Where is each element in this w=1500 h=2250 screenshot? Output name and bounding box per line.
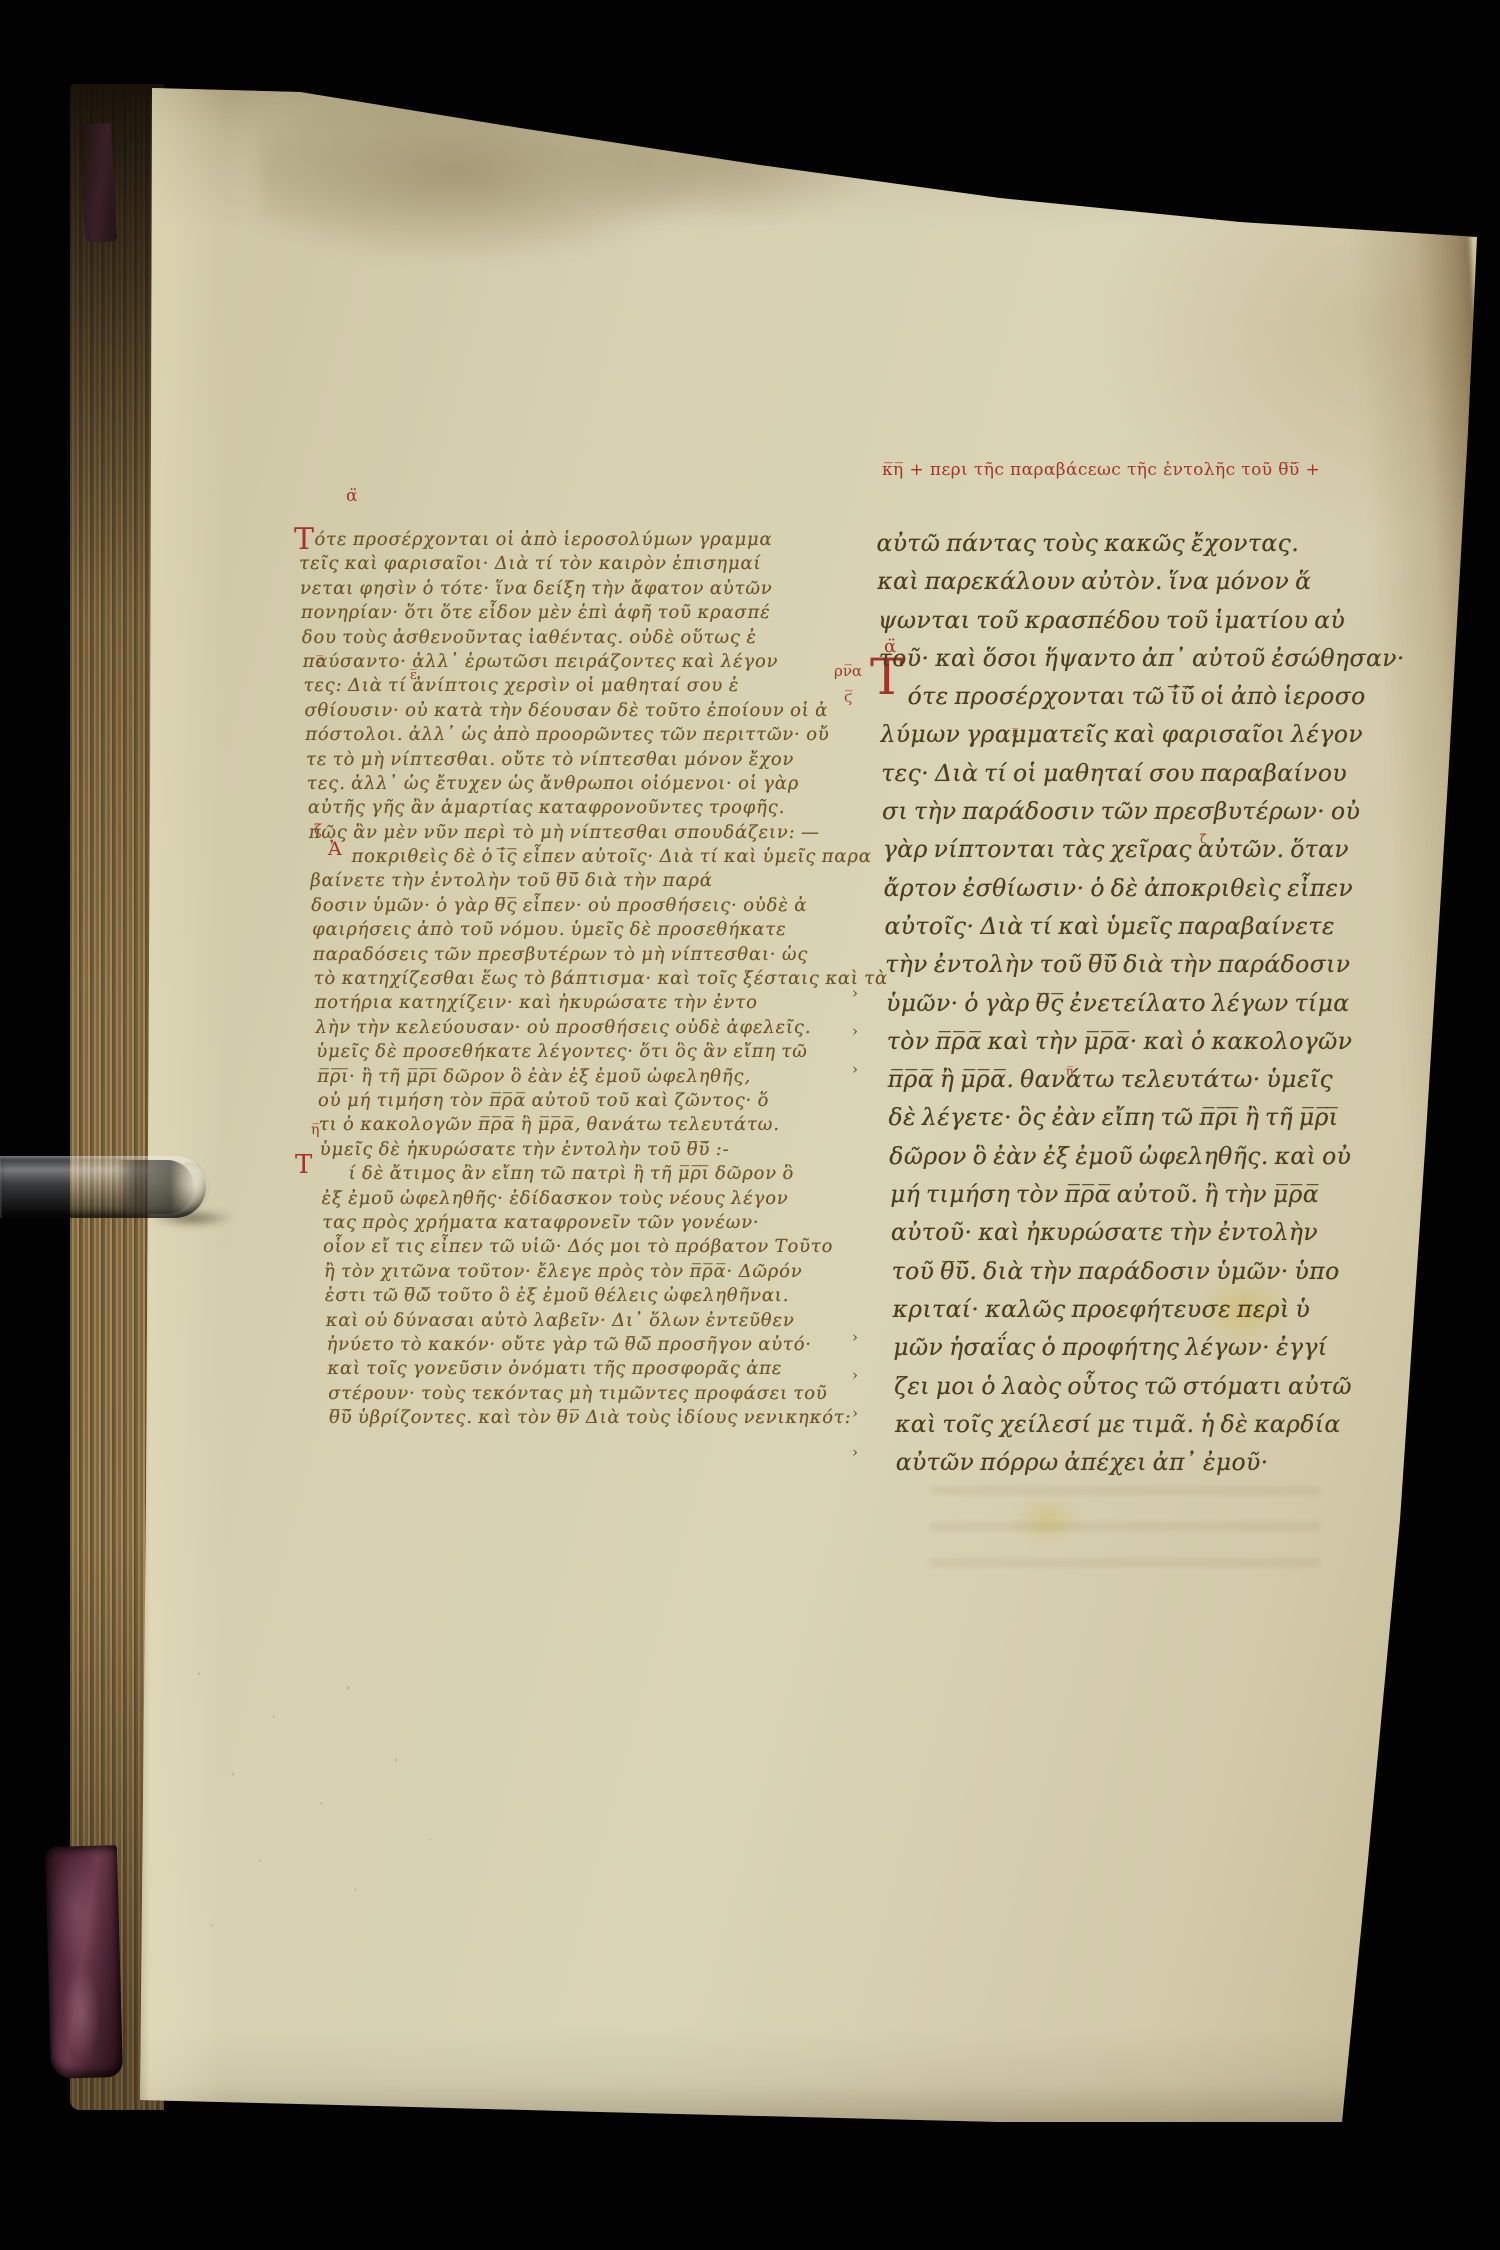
gospel-line: καὶ τοῖς χείλεσί με τιμᾶ. ἡ δὲ καρδία [894,1405,1415,1443]
parchment-speckles [158,1616,498,1976]
commentary-column: ότε προσέρχονται οἱ ἀπὸ ἱεροσολύμων γραμ… [298,528,900,1430]
binding-leather-bottom [45,1845,123,2079]
parchment-stain [260,88,700,258]
glass-rod-tip-highlight [170,1162,210,1212]
commentary-line: καὶ οὐ δύνασαι αὐτὸ λαβεῖν· Δι᾽ ὅλων ἐντ… [325,1309,896,1333]
photo-background: κ̅η̅ + περι τῆϲ παραβάϲεωϲ τῆϲ ἐντολῆϲ τ… [0,0,1500,2250]
gospel-line: μῶν ἡσαΐας ὁ προφήτης λέγων· ἐγγί [893,1328,1414,1366]
gospel-line: σι τὴν παράδοσιν τῶν πρεσβυτέρων· οὐ [882,792,1403,830]
commentary-line: τι ὁ κακολογῶν π̅ρ̅α̅ ἢ μ̅ρ̅α̅, θανάτω τ… [318,1113,889,1137]
gospel-line: αὐτοῦ· καὶ ἠκυρώσατε τὴν ἐντολὴν [890,1213,1411,1251]
commentary-line: τεῖς καὶ φαρισαῖοι· Διὰ τί τὸν καιρὸν ἐπ… [299,552,870,576]
commentary-line: θ̅ῦ̅ ὑβρίζοντες. καὶ τὸν θ̅ν̅ Διὰ τοὺς ἰ… [329,1406,900,1430]
manuscript-page: κ̅η̅ + περι τῆϲ παραβάϲεωϲ τῆϲ ἐντολῆϲ τ… [130,78,1490,2138]
commentary-section-number: α̈ [346,486,357,506]
commentary-line: πόστολοι. ἀλλ᾽ ὡς ἀπὸ προορῶντες τῶν περ… [305,723,876,747]
commentary-line: πονηρίαν· ὅτι ὅτε εἶδον μὲν ἐπὶ ἁφῆ τοῦ … [301,601,872,625]
gospel-line: καὶ παρεκάλουν αὐτὸν. ἵνα μόνον ἅ [877,562,1398,600]
gospel-line: ὑμῶν· ὁ γὰρ θ̅ς̅ ἐνετείλατο λέγων τίμα [886,984,1407,1022]
commentary-line: παραδόσεις τῶν πρεσβυτέρων τὸ μὴ νίπτεσθ… [312,943,883,967]
gospel-line: τὸν π̅ρ̅α̅ καὶ τὴν μ̅ρ̅α̅· καὶ ὁ κακολογ… [886,1022,1407,1060]
commentary-line: ποτήρια κατηχίζειν· καὶ ἠκυρώσατε τὴν ἐν… [314,991,885,1015]
commentary-line: ὑμεῖς δὲ ἠκυρώσατε τὴν ἐντολὴν τοῦ θ̅ῦ̅ … [319,1138,890,1162]
commentary-line: τε τὸ μὴ νίπτεσθαι. οὔτε τὸ νίπτεσθαι μό… [306,748,877,772]
gospel-line: ἄρτον ἐσθίωσιν· ὁ δὲ ἀποκριθεὶς εἶπεν [883,869,1404,907]
binding-leather-top-sliver [79,123,117,243]
gospel-line: τες· Διὰ τί οἱ μαθηταί σου παραβαίνου [881,754,1402,792]
diple-mark: › [852,1443,866,1461]
commentary-line: οἷον εἴ τις εἶπεν τῶ υἱῶ· Δός μοι τὸ πρό… [323,1235,894,1259]
commentary-line: δου τοὺς ἀσθενοῦντας ἰαθέντας. οὐδὲ οὕτω… [301,626,872,650]
commentary-line: αὐτῆς γῆς ἂν ἁμαρτίας καταφρονοῦντες τρο… [307,796,878,820]
commentary-line: νεται φησὶν ὁ τότε· ἵνα δείξη τὴν ἄφατον… [300,577,871,601]
chapter-title: + περι τῆϲ παραβάϲεωϲ τῆϲ ἐντολῆϲ τοῦ θ̅… [909,460,1320,480]
gospel-line: ζει μοι ὁ λαὸς οὗτος τῶ στόματι αὐτῶ [894,1367,1415,1405]
commentary-line: ἐξ ἐμοῦ ὠφεληθῆς· ἐδίδασκον τοὺς νέους λ… [321,1187,892,1211]
gospel-line: τοῦ θ̅ῦ̅. διὰ τὴν παράδοσιν ὑμῶν· ὑπο [891,1252,1412,1290]
gospel-line: μή τιμήση τὸν π̅ρ̅α̅ αὐτοῦ. ἢ τὴν μ̅ρ̅α̅ [890,1175,1411,1213]
ink-show-through [930,1486,1320,1572]
commentary-line: οὐ μή τιμήση τὸν π̅ρ̅α̅ αὐτοῦ τοῦ καὶ ζῶ… [318,1089,889,1113]
commentary-line: ὑμεῖς δὲ προσεθήκατε λέγοντες· ὅτι ὃς ἂν… [316,1040,887,1064]
commentary-line: ί δὲ ἄτιμος ἂν εἴπη τῶ πατρὶ ἢ τῆ μ̅ρ̅ι̅… [320,1162,891,1186]
glass-page-weight [0,1156,214,1218]
gospel-line: κριταί· καλῶς προεφήτευσε περὶ ὑ [892,1290,1413,1328]
commentary-line: ότε προσέρχονται οἱ ἀπὸ ἱεροσολύμων γραμ… [298,528,869,552]
gospel-line: λύμων γραμματεῖς καὶ φαρισαῖοι λέγον [880,715,1401,753]
gospel-line: π̅ρ̅α̅ ἢ μ̅ρ̅α̅. θανάτω τελευτάτω· ὑμεῖς [887,1060,1408,1098]
commentary-line: λὴν τὴν κελεύουσαν· οὐ προσθήσεις οὐδὲ ἀ… [315,1016,886,1040]
parchment-spot [1014,1496,1080,1544]
gospel-line: αὐτοῖς· Διὰ τί καὶ ὑμεῖς παραβαίνετε [884,907,1405,945]
gospel-line: τὴν ἐντολὴν τοῦ θ̅ῦ̅ διὰ τὴν παράδοσιν [885,945,1406,983]
rubric-chapter-header: κ̅η̅ + περι τῆϲ παραβάϲεωϲ τῆϲ ἐντολῆϲ τ… [882,460,1320,480]
commentary-line: ἢ τὸν χιτῶνα τοῦτον· ἔλεγε πρὸς τὸν π̅ρ̅… [324,1260,895,1284]
commentary-line: ποκριθεὶς δὲ ὁ ἰ̅ς̅ εἶπεν αὐτοῖς· Διὰ τί… [309,845,880,869]
gospel-text-column: αὐτῶ πάντας τοὺς κακῶς ἔχοντας. καὶ παρε… [876,524,1416,1481]
commentary-line: βαίνετε τὴν ἐντολὴν τοῦ θ̅ῦ̅ διὰ τὴν παρ… [310,869,881,893]
parchment-stain [560,104,880,224]
chapter-number: κ̅η̅ [882,460,904,480]
commentary-line: τες. ἀλλ᾽ ὡς ἔτυχεν ὡς ἄνθρωποι οἰόμενοι… [307,772,878,796]
commentary-line: παύσαντο· ἀλλ᾽ ἐρωτῶσι πειράζοντες καὶ λ… [302,650,873,674]
commentary-line: καὶ τοῖς γονεῦσιν ὀνόματι τῆς προσφορᾶς … [327,1357,898,1381]
commentary-line: πῶς ἂν μὲν νῦν περὶ τὸ μὴ νίπτεσθαι σπου… [308,821,879,845]
commentary-line: σθίουσιν· οὐ κατὰ τὴν δέουσαν δὲ τοῦτο ἐ… [304,699,875,723]
commentary-line: ἠνύετο τὸ κακόν· οὔτε γὰρ τῶ θ̅ῶ̅ προσῆγ… [326,1333,897,1357]
gospel-line: τοῦ· καὶ ὅσοι ἥψαντο ἀπ᾽ αὐτοῦ ἐσώθησαν· [878,639,1399,677]
commentary-line: στέρουν· τοὺς τεκόντας μὴ τιμῶντες προφά… [328,1382,899,1406]
gospel-line: αὐτῶ πάντας τοὺς κακῶς ἔχοντας. [876,524,1397,562]
commentary-line: ἐστι τῶ θ̅ῶ̅ τοῦτο ὃ ἐξ ἐμοῦ θέλεις ὠφελ… [324,1284,895,1308]
gospel-line: δὲ λέγετε· ὃς ἐὰν εἴπη τῶ π̅ρ̅ι̅ ἢ τῆ μ̅… [888,1098,1409,1136]
gospel-line: ψωνται τοῦ κρασπέδου τοῦ ἱματίου αὐ [878,601,1399,639]
commentary-line: τας πρὸς χρήματα καταφρονεῖν τῶν γονέων· [322,1211,893,1235]
gospel-line: ότε προσέρχονται τῶ ἰ̅ῦ̅ οἱ ἀπὸ ἱεροσο [879,677,1400,715]
commentary-line: τὸ κατηχίζεσθαι ἕως τὸ βάπτισμα· καὶ τοῖ… [313,967,884,991]
commentary-line: δοσιν ὑμῶν· ὁ γὰρ θ̅ς̅ εἶπεν· οὐ προσθήσ… [311,894,882,918]
commentary-line: φαιρήσεις ἀπὸ τοῦ νόμου. ὑμεῖς δὲ προσεθ… [312,918,883,942]
gospel-line: δῶρον ὃ ἐὰν ἐξ ἐμοῦ ὠφεληθῆς. καὶ οὐ [889,1137,1410,1175]
commentary-line: π̅ρ̅ι̅· ἢ τῆ μ̅ρ̅ι̅ δῶρον ὃ ἐὰν ἐξ ἐμοῦ … [317,1065,888,1089]
gospel-line: αὐτῶν πόρρω ἀπέχει ἀπ᾽ ἐμοῦ· [895,1443,1416,1481]
rubric-initial-ti: Τ [295,1150,312,1180]
commentary-line: τες: Διὰ τί ἀνίπτοις χερσὶν οἱ μαθηταί σ… [303,674,874,698]
gospel-line: γὰρ νίπτονται τὰς χεῖρας αὐτῶν. ὅταν [882,830,1403,868]
